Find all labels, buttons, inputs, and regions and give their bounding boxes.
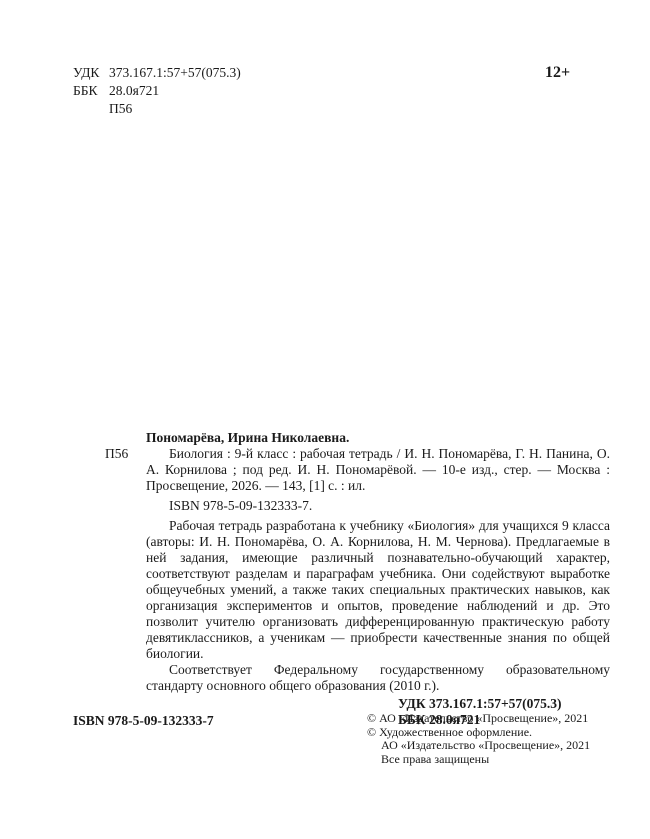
shelf-code: П56 <box>105 446 128 462</box>
udk-row: УДК 373.167.1:57+57(075.3) <box>73 64 241 82</box>
catalog-card: Пономарёва, Ирина Николаевна. П56 Биолог… <box>105 430 610 728</box>
author-name: Пономарёва, Ирина Николаевна. <box>146 430 610 446</box>
entry-text: Биология : 9-й класс : рабочая тетрадь /… <box>146 446 610 494</box>
annotation: Рабочая тетрадь разработана к учебнику «… <box>146 518 610 694</box>
classification-codes: УДК 373.167.1:57+57(075.3) ББК 28.0я721 … <box>73 64 241 118</box>
age-rating-badge: 12+ <box>545 64 570 82</box>
copyright-block: © АО «Издательство «Просвещение», 2021 ©… <box>367 712 590 766</box>
annotation-paragraph-1: Рабочая тетрадь разработана к учебнику «… <box>146 518 610 662</box>
udk-bold: УДК 373.167.1:57+57(075.3) <box>398 696 610 712</box>
author-mark: П56 <box>109 100 132 118</box>
copyright-design-holder: АО «Издательство «Просвещение», 2021 <box>367 739 590 753</box>
catalog-isbn: ISBN 978-5-09-132333-7. <box>169 498 610 514</box>
udk-value: 373.167.1:57+57(075.3) <box>109 64 241 82</box>
bibliographic-entry: П56 Биология : 9-й класс : рабочая тетра… <box>146 446 610 494</box>
author-mark-row: П56 <box>73 100 241 118</box>
bbk-label: ББК <box>73 82 109 100</box>
bbk-row: ББК 28.0я721 <box>73 82 241 100</box>
footer-isbn: ISBN 978-5-09-132333-7 <box>73 713 214 729</box>
copyright-design: © Художественное оформление. <box>367 726 590 740</box>
imprint-page: УДК 373.167.1:57+57(075.3) ББК 28.0я721 … <box>0 0 650 839</box>
rights-reserved: Все права защищены <box>367 753 590 767</box>
annotation-paragraph-2: Соответствует Федеральному государственн… <box>146 662 610 694</box>
bbk-value: 28.0я721 <box>109 82 159 100</box>
udk-label: УДК <box>73 64 109 82</box>
copyright-publisher: © АО «Издательство «Просвещение», 2021 <box>367 712 590 726</box>
